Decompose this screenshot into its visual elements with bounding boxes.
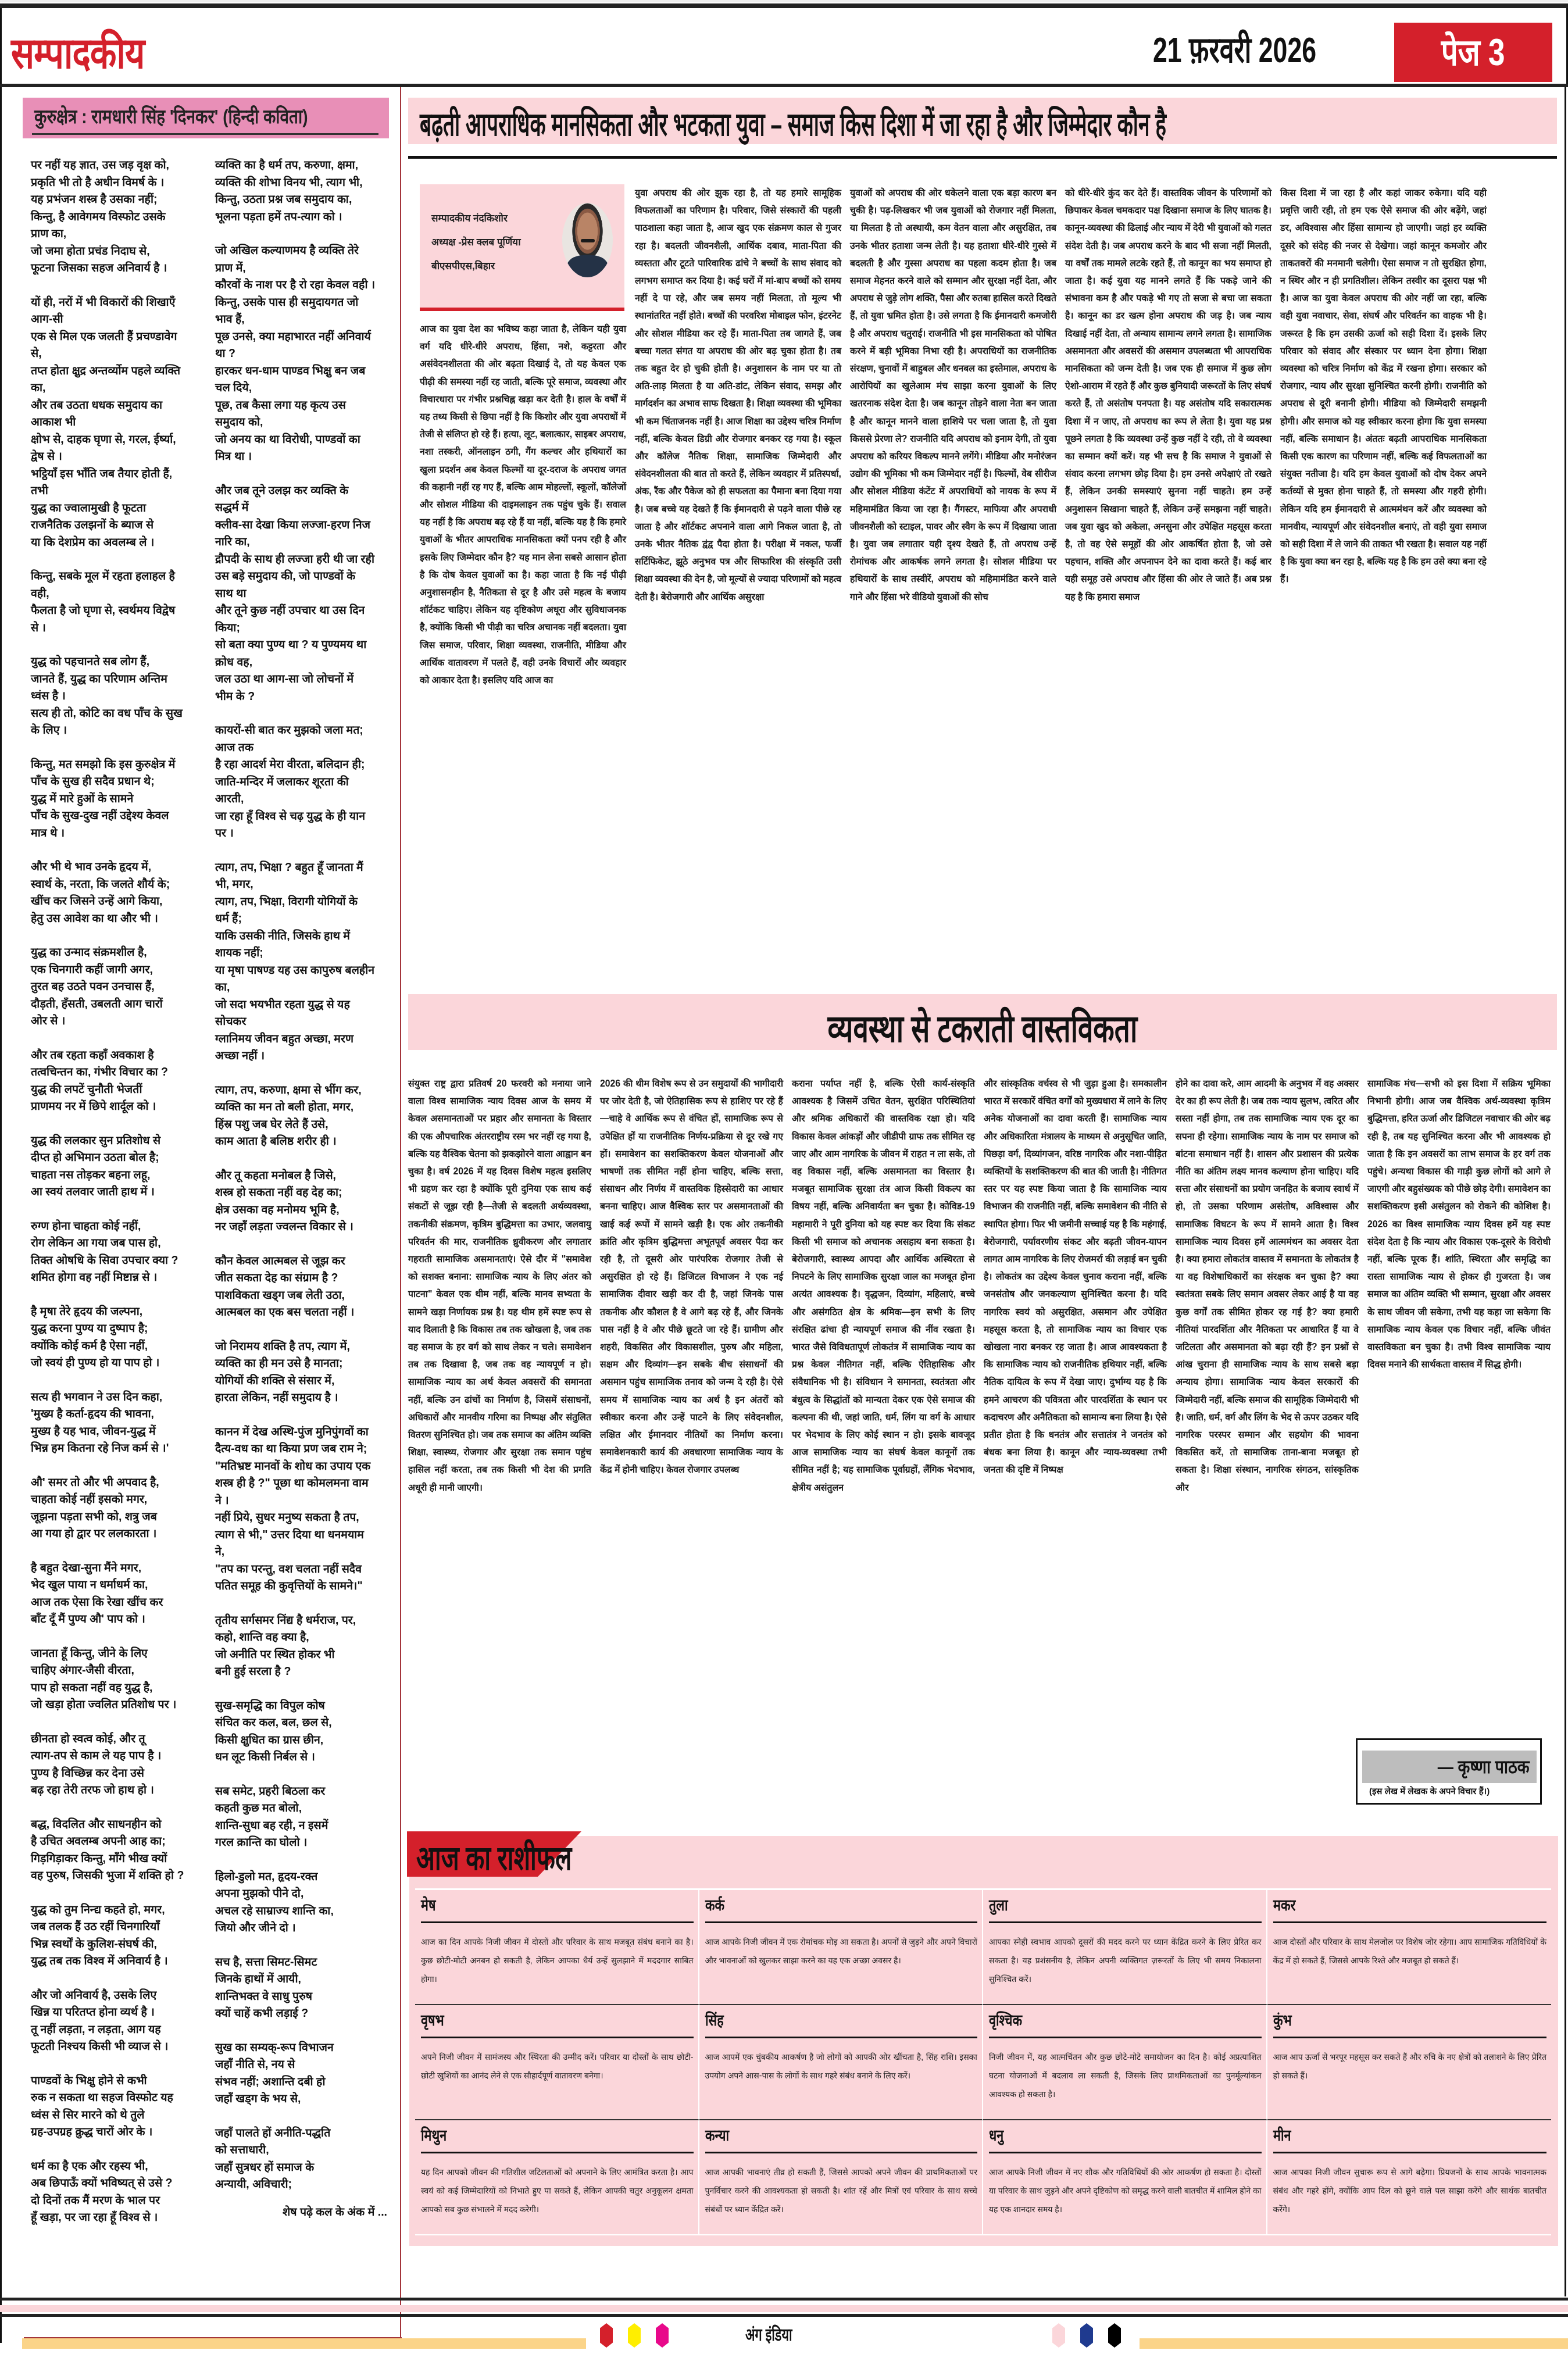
poem-stanza: छीनता हो स्वत्व कोई, और तू त्याग-तप से क… xyxy=(31,1731,201,1799)
zodiac-sign-label: वृश्चिक xyxy=(989,2007,1022,2033)
zodiac-sign-name: धनु xyxy=(989,2123,1262,2153)
zodiac-prediction: आज दोस्तों और परिवार के साथ मेलजोल पर वि… xyxy=(1273,1933,1547,1970)
zodiac-prediction: आपका स्नेही स्वभाव आपको दूसरों की मदद कर… xyxy=(989,1933,1262,1988)
poem-stanza: युद्ध का उन्माद संक्रमशील है, एक चिनगारी… xyxy=(31,944,201,1030)
horoscope-title: आज का राशीफल xyxy=(416,1834,572,1880)
poem-stanza: किन्तु, मत समझो कि इस कुरुक्षेत्र में पा… xyxy=(31,756,201,842)
zodiac-sign-label: वृषभ xyxy=(421,2007,444,2033)
poem-stanza: सब समेट, प्रहरी बिठला कर कहती कुछ मत बोल… xyxy=(215,1783,385,1852)
publisher-name: अंग इंडिया xyxy=(745,2322,792,2346)
article-1-column-3: युवाओं को अपराध की ओर धकेलने वाला एक बड़… xyxy=(850,185,1056,964)
horoscope-cell: कर्कआज आपके निजी जीवन में एक रोमांचक मोड… xyxy=(699,1890,984,2005)
zodiac-sign-label: धनु xyxy=(989,2123,1003,2148)
horoscope-cell: मिथुनयह दिन आपको जीवन की गतिशील जटिलताओं… xyxy=(415,2120,699,2235)
zodiac-sign-name: वृषभ xyxy=(421,2007,694,2038)
registration-mark-icon xyxy=(1080,2323,1093,2348)
zodiac-sign-label: कर्क xyxy=(705,1892,724,1918)
poem-stanza: और तब रहता कहाँ अवकाश है तत्वचिन्तन का, … xyxy=(31,1047,201,1116)
zodiac-prediction: अपने निजी जीवन में सामंजस्य और स्थिरता क… xyxy=(421,2048,694,2085)
poem-stanza: जानता हूँ किन्तु, जीने के लिए चाहिए अंगा… xyxy=(31,1645,201,1714)
horoscope-cell: तुलाआपका स्नेही स्वभाव आपको दूसरों की मद… xyxy=(983,1890,1267,2005)
poem-stanza: धर्म का है एक और रहस्य भी, अब छिपाऊँ क्य… xyxy=(31,2158,201,2227)
page-number-label: पेज 3 xyxy=(1441,23,1505,82)
zodiac-sign-label: मिथुन xyxy=(421,2123,447,2148)
headline-rule xyxy=(408,156,1557,159)
horoscope-cell: कन्याआज आपकी भावनाएं तीव्र हो सकती हैं, … xyxy=(699,2120,984,2235)
zodiac-prediction: आज आपके निजी जीवन में नए शौक और गतिविधिय… xyxy=(989,2163,1262,2219)
poem-body: पर नहीं यह ज्ञात, उस जड़ वृक्ष को, प्रकृ… xyxy=(31,157,385,2244)
footer-rule-top xyxy=(0,2298,1568,2301)
article-2-column-1: संयुक्त राष्ट्र द्वारा प्रतिवर्ष 20 फरवर… xyxy=(408,1076,591,1826)
poem-stanza: है बहुत देखा-सुना मैंने मगर, भेद खुल पाय… xyxy=(31,1560,201,1628)
article-1-headline: बढ़ती आपराधिक मानसिकता और भटकता युवा – स… xyxy=(420,101,1166,145)
horoscope-cell: कुंभआज आप ऊर्जा से भरपूर महसूस कर सकते ह… xyxy=(1267,2005,1552,2120)
poem-right-column: व्यक्ति का है धर्म तप, करुणा, क्षमा, व्य… xyxy=(215,157,385,2244)
zodiac-sign-name: तुला xyxy=(989,1892,1262,1923)
article-1-text: को धीरे-धीरे कुंद कर देते हैं। वास्तविक … xyxy=(1065,185,1271,606)
horoscope-cell: मेषआज का दिन आपके निजी जीवन में दोस्तों … xyxy=(415,1890,699,2005)
poem-stanza: यों ही, नरों में भी विकारों की शिखाएँ आग… xyxy=(31,294,201,552)
footer-bar-right xyxy=(1140,2338,1568,2349)
poem-stanza: और जो अनिवार्य है, उसके लिए खिन्न या परि… xyxy=(31,1987,201,2056)
poem-stanza: किन्तु, सबके मूल में रहता हलाहल है वही, … xyxy=(31,568,201,637)
horoscope-grid: मेषआज का दिन आपके निजी जीवन में दोस्तों … xyxy=(415,1888,1551,2235)
zodiac-prediction: आज का दिन आपके निजी जीवन में दोस्तों और … xyxy=(421,1933,694,1988)
article-2-column-2: 2026 की थीम विशेष रूप से उन समुदायों की … xyxy=(600,1076,783,1826)
footer-rule-bottom xyxy=(0,2314,1568,2317)
zodiac-sign-name: मकर xyxy=(1273,1892,1547,1923)
article-1-text: आज का युवा देश का भविष्य कहा जाता है, ले… xyxy=(420,321,626,690)
horoscope-cell: वृषभअपने निजी जीवन में सामंजस्य और स्थिर… xyxy=(415,2005,699,2120)
poem-header: कुरुक्षेत्र : रामधारी सिंह 'दिनकर' (हिन्… xyxy=(23,98,389,138)
poem-stanza: पर नहीं यह ज्ञात, उस जड़ वृक्ष को, प्रकृ… xyxy=(31,157,201,277)
poem-stanza: त्याग, तप, भिक्षा ? बहुत हूँ जानता मैं भ… xyxy=(215,859,385,1065)
author-name: — कृष्णा पाठक xyxy=(1438,1751,1530,1783)
article-2-column-6: सामाजिक मंच—सभी को इस दिशा में सक्रिय भू… xyxy=(1367,1076,1551,1727)
zodiac-sign-label: तुला xyxy=(989,1892,1008,1918)
article-1-column-4: को धीरे-धीरे कुंद कर देते हैं। वास्तविक … xyxy=(1065,185,1271,964)
poem-stanza: तृतीय सर्गसमर निंद्य है धर्मराज, पर, कहो… xyxy=(215,1612,385,1681)
zodiac-sign-label: सिंह xyxy=(705,2007,724,2033)
article-1-text: युवाओं को अपराध की ओर धकेलने वाला एक बड़… xyxy=(850,185,1056,606)
poem-stanza: कानन में देख अस्थि-पुंज मुनिपुंगवों का द… xyxy=(215,1424,385,1595)
poem-stanza: रुग्ण होना चाहता कोई नहीं, रोग लेकिन आ ग… xyxy=(31,1218,201,1287)
poem-stanza: युद्ध को पहचानते सब लोग हैं, जानते हैं, … xyxy=(31,653,201,740)
article-1-text: युवा अपराध की ओर झुक रहा है, तो यह हमारे… xyxy=(635,185,841,606)
article-2-text: संयुक्त राष्ट्र द्वारा प्रतिवर्ष 20 फरवर… xyxy=(408,1076,591,1497)
byline-org: बीएसपीएस,बिहार xyxy=(431,254,521,278)
poem-stanza: पाण्डवों के भिक्षु होने से कभी रुक न सकत… xyxy=(31,2073,201,2141)
poem-stanza: और तू कहता मनोबल है जिसे, शस्त्र हो सकता… xyxy=(215,1167,385,1236)
masthead: सम्पादकीय 21 फ़रवरी 2026 पेज 3 xyxy=(0,8,1568,84)
author-signature: — कृष्णा पाठक xyxy=(1362,1751,1537,1783)
registration-mark-icon xyxy=(600,2323,613,2348)
article-2-column-5: होने का दावा करे, आम आदमी के अनुभव में व… xyxy=(1176,1076,1359,1826)
zodiac-sign-label: कन्या xyxy=(705,2123,729,2148)
poem-stanza: बद्ध, विदलित और साधनहीन को है उचित अवलम्… xyxy=(31,1816,201,1885)
author-photo xyxy=(562,203,613,277)
top-edge xyxy=(0,0,1568,2)
byline-text: सम्पादकीय नंदकिशोर अध्यक्ष -प्रेस क्लब प… xyxy=(431,206,521,278)
zodiac-prediction: आज आपका निजी जीवन सुचारू रूप से आगे बढ़े… xyxy=(1273,2163,1547,2219)
article-1-column-2: युवा अपराध की ओर झुक रहा है, तो यह हमारे… xyxy=(635,185,841,964)
article-2-text: होने का दावा करे, आम आदमी के अनुभव में व… xyxy=(1176,1076,1359,1497)
article-2-headline-band: व्यवस्था से टकराती वास्तविकता xyxy=(408,994,1557,1050)
article-2-column-4: और सांस्कृतिक वर्चस्व से भी जुड़ा हुआ है… xyxy=(984,1076,1167,1826)
article-1-column-1: आज का युवा देश का भविष्य कहा जाता है, ले… xyxy=(420,321,626,960)
horoscope-cell: सिंहआज आपमें एक चुंबकीय आकर्षण है जो लोग… xyxy=(699,2005,984,2120)
poem-stanza: युद्ध को तुम निन्द्य कहते हो, मगर, जब तल… xyxy=(31,1902,201,1970)
page-number-badge: पेज 3 xyxy=(1394,23,1552,82)
poem-title-underline xyxy=(32,133,378,135)
zodiac-prediction: आज आपमें एक चुंबकीय आकर्षण है जो लोगों क… xyxy=(705,2048,978,2085)
horoscope-cell: मीनआज आपका निजी जीवन सुचारू रूप से आगे ब… xyxy=(1267,2120,1552,2235)
registration-mark-icon xyxy=(628,2323,641,2348)
zodiac-sign-name: कन्या xyxy=(705,2123,978,2153)
poem-stanza: जो अखिल कल्याणमय है व्यक्ति तेरे प्राण म… xyxy=(215,242,385,466)
poem-stanza: जहाँ पालते हों अनीति-पद्धति को सत्ताधारी… xyxy=(215,2125,385,2194)
article-2-column-3: कराना पर्याप्त नहीं है, बल्कि ऐसी कार्य-… xyxy=(792,1076,975,1826)
zodiac-sign-name: मीन xyxy=(1273,2123,1547,2153)
registration-mark-icon xyxy=(656,2323,669,2348)
article-2-text: 2026 की थीम विशेष रूप से उन समुदायों की … xyxy=(600,1076,783,1480)
registration-mark-icon xyxy=(1108,2323,1121,2348)
poem-stanza: कौन केवल आत्मबल से जूझ कर जीत सकता देह क… xyxy=(215,1253,385,1321)
horoscope-cell: वृश्चिकनिजी जीवन में, यह आत्मचिंतन और कु… xyxy=(983,2005,1267,2120)
poem-title: कुरुक्षेत्र : रामधारी सिंह 'दिनकर' (हिन्… xyxy=(34,102,308,129)
poem-stanza: और जब तूने उलझ कर व्यक्ति के सद्धर्म में… xyxy=(215,483,385,706)
horoscope-cell: मकरआज दोस्तों और परिवार के साथ मेलजोल पर… xyxy=(1267,1890,1552,2005)
poem-stanza: और भी थे भाव उनके हृदय में, स्वार्थ के, … xyxy=(31,859,201,927)
zodiac-sign-label: कुंभ xyxy=(1273,2007,1292,2033)
zodiac-prediction: यह दिन आपको जीवन की गतिशील जटिलताओं को अ… xyxy=(421,2163,694,2219)
byline-author: सम्पादकीय नंदकिशोर xyxy=(431,206,521,230)
article-1-text: किस दिशा में जा रहा है और कहां जाकर रुके… xyxy=(1280,185,1487,589)
zodiac-sign-label: मीन xyxy=(1273,2123,1291,2148)
issue-date: 21 फ़रवरी 2026 xyxy=(1153,24,1316,73)
zodiac-sign-name: कर्क xyxy=(705,1892,978,1923)
poem-stanza: त्याग, तप, करुणा, क्षमा से भींग कर, व्यक… xyxy=(215,1082,385,1151)
zodiac-sign-name: सिंह xyxy=(705,2007,978,2038)
main-articles: बढ़ती आपराधिक मानसिकता और भटकता युवा – स… xyxy=(402,87,1566,2296)
section-name: सम्पादकीय xyxy=(11,22,145,81)
poem-column: कुरुक्षेत्र : रामधारी सिंह 'दिनकर' (हिन्… xyxy=(0,87,401,2343)
article-2-text: कराना पर्याप्त नहीं है, बल्कि ऐसी कार्य-… xyxy=(792,1076,975,1497)
zodiac-prediction: निजी जीवन में, यह आत्मचिंतन और कुछ छोटे-… xyxy=(989,2048,1262,2103)
poem-stanza: औ' समर तो और भी अपवाद है, चाहता कोई नहीं… xyxy=(31,1474,201,1543)
poem-stanza: सुख-समृद्धि का विपुल कोष संचित कर कल, बल… xyxy=(215,1698,385,1766)
disclaimer-note: (इस लेख में लेखक के अपने विचार हैं।) xyxy=(1369,1785,1490,1797)
footer-band xyxy=(0,2305,1568,2312)
article-1-column-5: किस दिशा में जा रहा है और कहां जाकर रुके… xyxy=(1280,185,1487,964)
zodiac-sign-name: मेष xyxy=(421,1892,694,1923)
article-2-text: और सांस्कृतिक वर्चस्व से भी जुड़ा हुआ है… xyxy=(984,1076,1167,1480)
article-1-headline-band: बढ़ती आपराधिक मानसिकता और भटकता युवा – स… xyxy=(408,98,1557,144)
poem-left-column: पर नहीं यह ज्ञात, उस जड़ वृक्ष को, प्रकृ… xyxy=(31,157,201,2244)
horoscope-cell: धनुआज आपके निजी जीवन में नए शौक और गतिवि… xyxy=(983,2120,1267,2235)
poem-stanza: हिलो-डुलो मत, हृदय-रक्त अपना मुझको पीने … xyxy=(215,1869,385,1937)
poem-stanza: सुख का सम्यक्-रूप विभाजन जहाँ नीति से, न… xyxy=(215,2039,385,2108)
author-signature-box: — कृष्णा पाठक (इस लेख में लेखक के अपने व… xyxy=(1356,1738,1542,1805)
top-border-rule xyxy=(0,3,1568,8)
footer-bar-left xyxy=(22,2338,586,2349)
byline-role: अध्यक्ष -प्रेस क्लब पूर्णिया xyxy=(431,230,521,254)
zodiac-sign-name: मिथुन xyxy=(421,2123,694,2153)
zodiac-prediction: आज आपके निजी जीवन में एक रोमांचक मोड़ आ … xyxy=(705,1933,978,1970)
poem-stanza: सच है, सत्ता सिमट-सिमट जिनके हाथों में आ… xyxy=(215,1954,385,2023)
poem-continued-note: शेष पढ़े कल के अंक में ... xyxy=(283,2203,387,2219)
zodiac-sign-name: कुंभ xyxy=(1273,2007,1547,2038)
article-2-text: सामाजिक मंच—सभी को इस दिशा में सक्रिय भू… xyxy=(1367,1076,1551,1374)
zodiac-prediction: आज आपकी भावनाएं तीव्र हो सकती हैं, जिससे… xyxy=(705,2163,978,2219)
poem-stanza: युद्ध की ललकार सुन प्रतिशोध से दीप्त हो … xyxy=(31,1133,201,1201)
poem-stanza: जो निरामय शक्ति है तप, त्याग में, व्यक्त… xyxy=(215,1338,385,1407)
poem-stanza: व्यक्ति का है धर्म तप, करुणा, क्षमा, व्य… xyxy=(215,157,385,226)
article-2-headline: व्यवस्था से टकराती वास्तविकता xyxy=(408,1001,1557,1053)
poem-stanza: कायरों-सी बात कर मुझको जला मत; आज तक है … xyxy=(215,722,385,842)
byline-box: सम्पादकीय नंदकिशोर अध्यक्ष -प्रेस क्लब प… xyxy=(420,184,624,311)
poem-stanza: है मृषा तेरे हृदय की जल्पना, युद्ध करना … xyxy=(31,1303,201,1372)
zodiac-prediction: आज आप ऊर्जा से भरपूर महसूस कर सकते हैं औ… xyxy=(1273,2048,1547,2085)
zodiac-sign-label: मेष xyxy=(421,1892,435,1918)
poem-stanza: सत्य ही भगवान ने उस दिन कहा, 'मुख्य है क… xyxy=(31,1389,201,1458)
article-2-headline-text: व्यवस्था से टकराती वास्तविकता xyxy=(828,1001,1138,1053)
horoscope-section: आज का राशीफल मेषआज का दिन आपके निजी जीवन… xyxy=(409,1836,1558,2246)
registration-mark-icon xyxy=(1052,2323,1065,2348)
zodiac-sign-name: वृश्चिक xyxy=(989,2007,1262,2038)
zodiac-sign-label: मकर xyxy=(1273,1892,1295,1918)
